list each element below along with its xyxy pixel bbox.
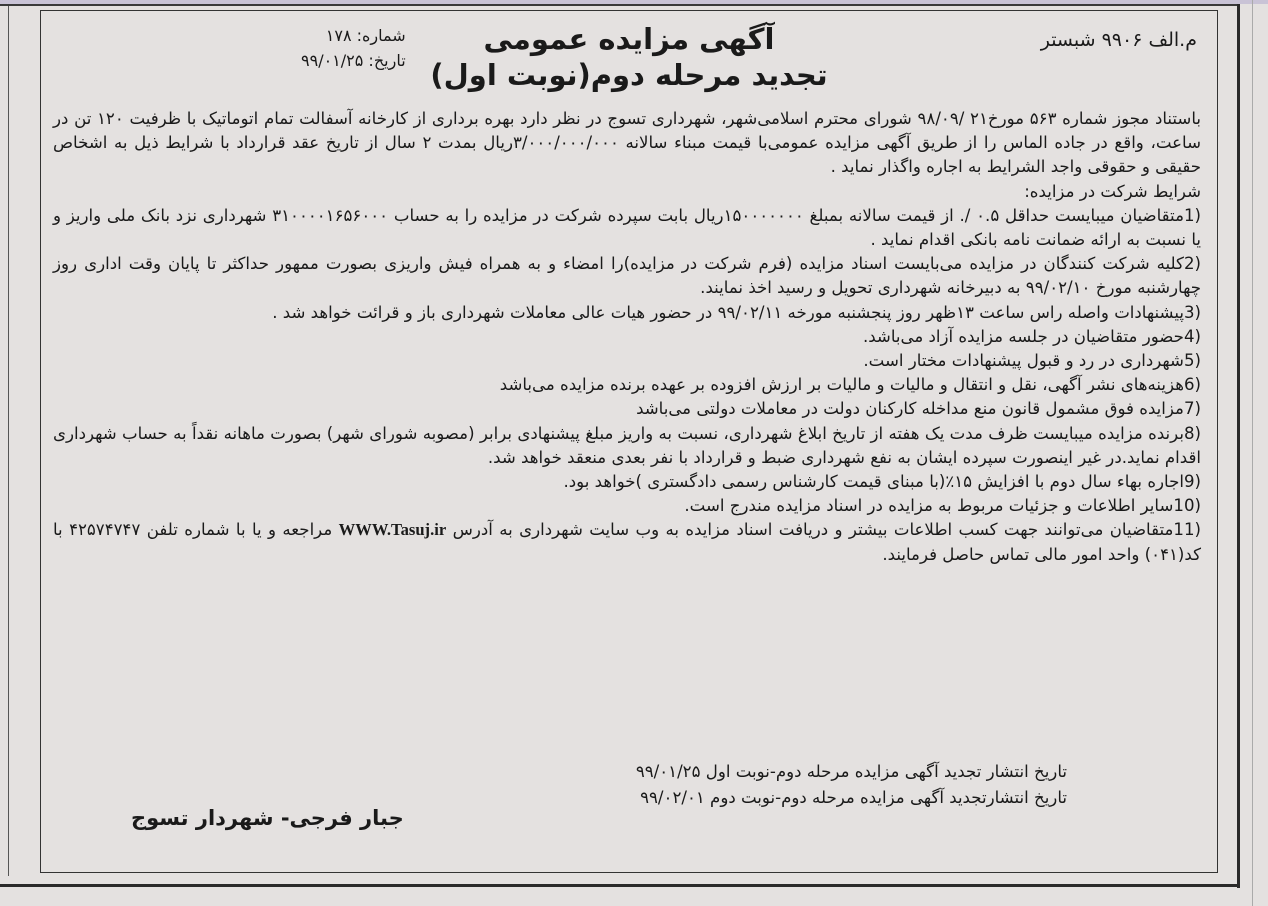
notice-body: باستناد مجوز شماره ۵۶۳ مورخ۲۱ /۹۸/۰۹ شور… [53,107,1201,567]
notice-meta: شماره: ۱۷۸ تاریخ: ۹۹/۰۱/۲۵ [301,23,406,73]
condition-11-text: (11متقاضیان می‌توانند جهت کسب اطلاعات بی… [453,520,1201,539]
condition-2: (2کلیه شرکت کنندگان در مزایده می‌بایست ا… [53,252,1201,300]
column-divider-left [8,6,9,876]
website-link[interactable]: WWW.Tasuj.ir [339,520,447,539]
conditions-heading: شرایط شرکت در مزایده: [53,180,1201,204]
condition-10: (10سایر اطلاعات و جزئیات مربوط به مزایده… [53,494,1201,518]
outer-frame-right [1237,4,1240,888]
publication-dates: تاریخ انتشار تجدید آگهی مزایده مرحله دوم… [636,759,1067,811]
condition-6: (6هزینه‌های نشر آگهی، نقل و انتقال و مال… [53,373,1201,397]
title-line-2: تجدید مرحله دوم(نوبت اول) [41,57,1217,93]
condition-3: (3پیشنهادات واصله راس ساعت ۱۳ظهر روز پنج… [53,301,1201,325]
signature: جبار فرجی- شهردار تسوج [131,806,404,830]
title-line-1: آگهی مزایده عمومی [41,21,1217,57]
condition-5: (5شهرداری در رد و قبول پیشنهادات مختار ا… [53,349,1201,373]
publication-first: تاریخ انتشار تجدید آگهی مزایده مرحله دوم… [636,759,1067,785]
intro-paragraph: باستناد مجوز شماره ۵۶۳ مورخ۲۱ /۹۸/۰۹ شور… [53,107,1201,180]
condition-4: (4حضور متقاضیان در جلسه مزایده آزاد می‌ب… [53,325,1201,349]
condition-11: (11متقاضیان می‌توانند جهت کسب اطلاعات بی… [53,518,1201,566]
condition-7: (7مزایده فوق مشمول قانون منع مداخله کارک… [53,397,1201,421]
top-rule [0,4,1240,6]
condition-8: (8برنده مزایده میبایست ظرف مدت یک هفته ا… [53,422,1201,470]
condition-9: (9اجاره بهاء سال دوم با افزایش ۱۵٪(با مب… [53,470,1201,494]
notice-date: تاریخ: ۹۹/۰۱/۲۵ [301,48,406,73]
publication-second: تاریخ انتشارتجدید آگهی مزایده مرحله دوم-… [636,785,1067,811]
condition-1: (1متقاضیان میبایست حداقل ۰.۵ /. از قیمت … [53,204,1201,252]
outer-frame-bottom [0,884,1240,887]
column-divider-right [1252,0,1253,906]
notice-number: شماره: ۱۷۸ [301,23,406,48]
notice-title: آگهی مزایده عمومی تجدید مرحله دوم(نوبت ا… [41,21,1217,93]
auction-notice-box: م.الف ۹۹۰۶ شبستر آگهی مزایده عمومی تجدید… [40,10,1218,873]
